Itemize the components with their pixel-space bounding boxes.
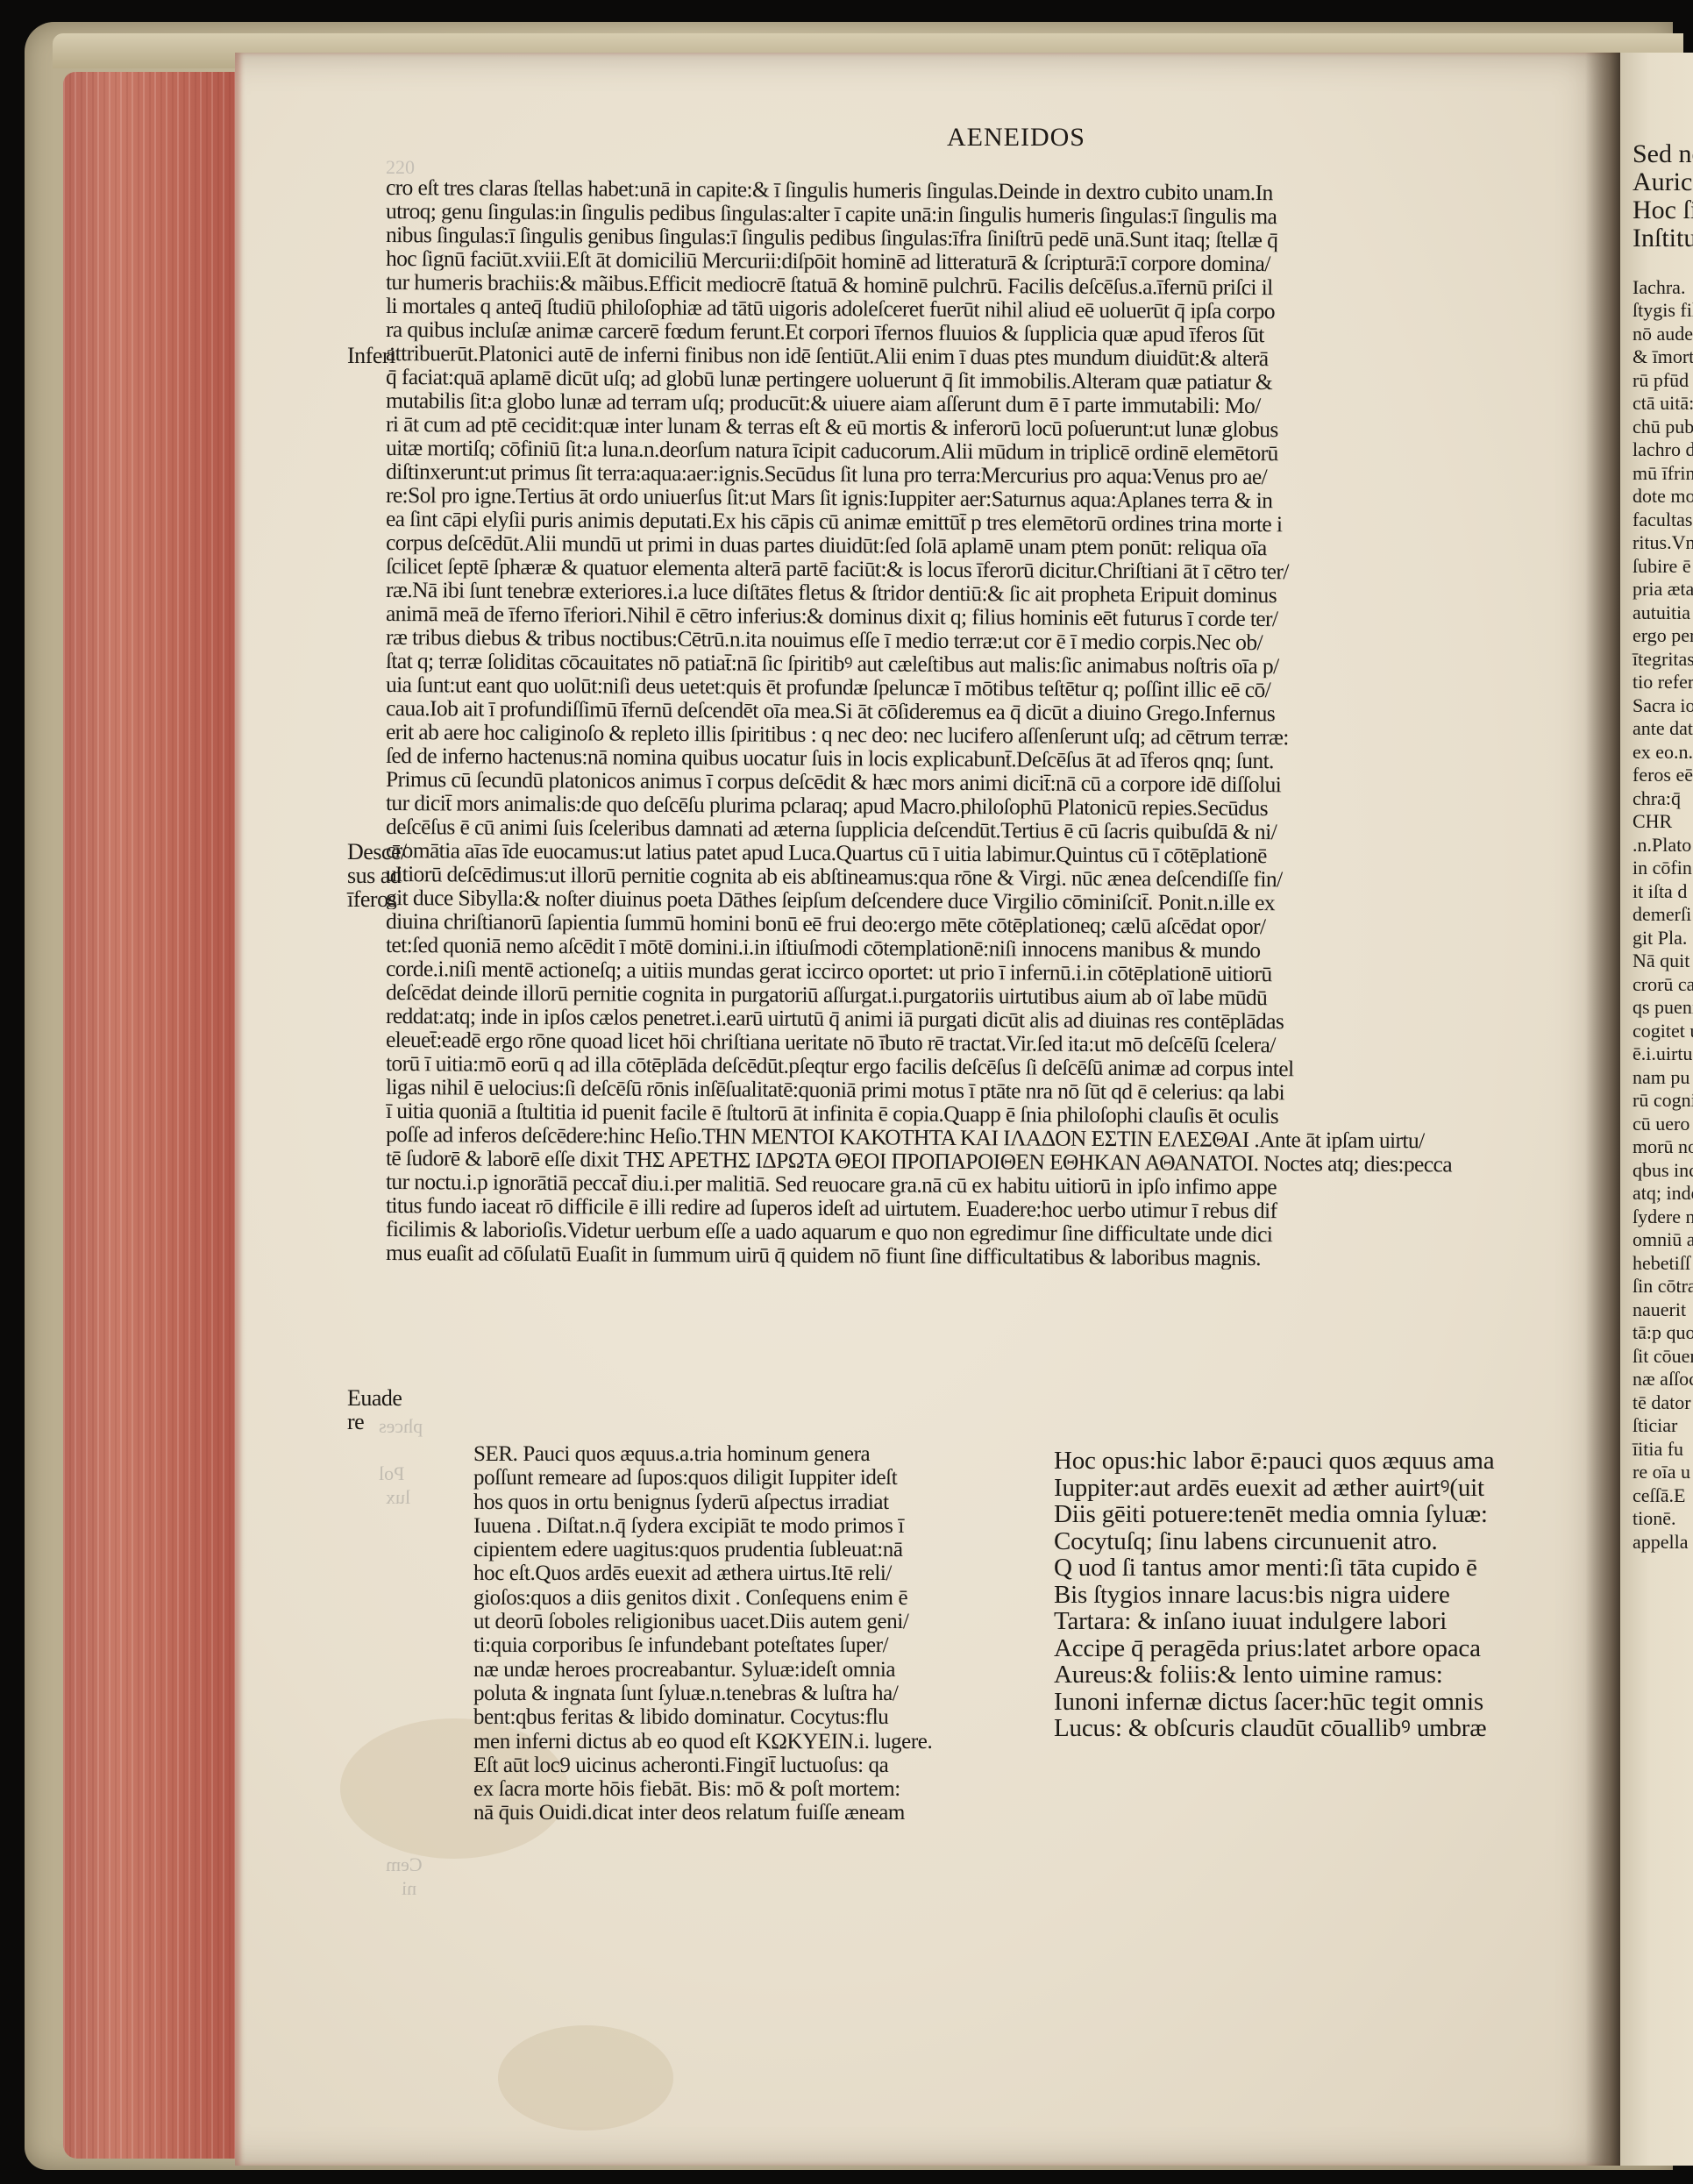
facing-page-line: hebetiſſ	[1633, 1252, 1693, 1276]
facing-page-line: .n.Plato	[1633, 834, 1693, 857]
verse-line: Accipe q̄ peragēda prius:latet arbore op…	[1054, 1635, 1580, 1662]
verse-line: Diis gēiti potuere:tenēt media omnia ſyl…	[1054, 1501, 1580, 1528]
facing-page-line: ritus.Vn	[1633, 531, 1693, 555]
facing-page-line: Inſtitu	[1633, 224, 1693, 253]
facing-page-line: ſtygis fil	[1633, 299, 1693, 323]
facing-page-line: demerſi	[1633, 903, 1693, 927]
facing-page-line: appella	[1633, 1531, 1693, 1554]
facing-page-line: ante dat	[1633, 717, 1693, 741]
servius-line: Eſt aūt loc9 uicinus acheronti.Fingit̄ l…	[473, 1754, 1052, 1777]
facing-page-line: dote mo	[1633, 485, 1693, 509]
facing-page-line	[1633, 253, 1693, 276]
facing-page-line: qs pueni	[1633, 996, 1693, 1020]
facing-page-line: re oīa u	[1633, 1461, 1693, 1484]
verse-line: Hoc opus:hic labor ē:pauci quos æquus am…	[1054, 1448, 1580, 1475]
show-through-note: Pol	[379, 1462, 404, 1485]
servius-line: næ undæ heroes procreabantur. Syluæ:ideſ…	[473, 1658, 1052, 1682]
facing-page-line: morū no	[1633, 1135, 1693, 1159]
facing-page-line: tā:p quo	[1633, 1321, 1693, 1345]
facing-page-line: ītegritas	[1633, 648, 1693, 672]
facing-page-line: crorū ca	[1633, 973, 1693, 997]
facing-page-line: lachro d	[1633, 438, 1693, 462]
aeneid-verse: Hoc opus:hic labor ē:pauci quos æquus am…	[1054, 1448, 1580, 1742]
show-through-note: ni	[402, 1877, 416, 1900]
verse-line: Iunoni infernæ dictus ſacer:hūc tegit om…	[1054, 1689, 1580, 1716]
paper-stain	[498, 2025, 673, 2131]
facing-page-line: ſubire ē	[1633, 555, 1693, 579]
facing-page-line: qbus inc	[1633, 1159, 1693, 1183]
facing-page-line: Iachra.	[1633, 276, 1693, 300]
facing-page-line: īitia fu	[1633, 1438, 1693, 1462]
margin-note: Euade	[347, 1386, 402, 1410]
facing-page-line: autuitia	[1633, 601, 1693, 625]
facing-page-text: Sed noAuricoHoc ſiInſtitu Iachra.ſtygis …	[1633, 140, 1693, 1554]
servius-commentary: SER. Pauci quos æquus.a.tria hominum gen…	[473, 1442, 1052, 1825]
facing-page-line: atq; inde	[1633, 1182, 1693, 1206]
facing-page-line: rū cogni	[1633, 1089, 1693, 1113]
verse-line: Lucus: & obſcuris claudūt cōuallibꝰ umbr…	[1054, 1715, 1580, 1742]
commentary-block: cro eſt tres claras ſtellas habet:unā in…	[386, 175, 1565, 1264]
verse-line: Bis ſtygios innare lacus:bis nigra uider…	[1054, 1582, 1580, 1609]
facing-page-line: ctā uitā:	[1633, 392, 1693, 416]
facing-page-line: ſit cōuer	[1633, 1345, 1693, 1369]
facing-page-line: ſin cōtra	[1633, 1275, 1693, 1298]
facing-page-line: chū pub	[1633, 416, 1693, 439]
servius-line: Iuuena . Diſtat.n.q̄ ſydera excipiāt te …	[473, 1514, 1052, 1538]
servius-line: gioſos:quos a diis genitos dixit . Conſe…	[473, 1586, 1052, 1610]
facing-page-line: nam pu	[1633, 1066, 1693, 1090]
facing-page-line: nauerit	[1633, 1298, 1693, 1322]
facing-page-line: cogitet u	[1633, 1020, 1693, 1043]
facing-page-line: feros eē	[1633, 764, 1693, 787]
verse-line: Tartara: & inſano iuuat indulgere labori	[1054, 1608, 1580, 1635]
margin-note: re	[347, 1410, 364, 1433]
facing-page-line: CHR	[1633, 810, 1693, 834]
facing-page-line: Aurico	[1633, 168, 1693, 196]
facing-page-line: Nā quit	[1633, 950, 1693, 973]
servius-line: ti:quia corporibus ſe infundebant poteſt…	[473, 1633, 1052, 1657]
servius-line: poluta & ingnata ſunt ſyluæ.n.tenebras &…	[473, 1682, 1052, 1705]
facing-page-line: cū uero	[1633, 1113, 1693, 1136]
facing-page-line: mū īfrin	[1633, 462, 1693, 486]
facing-page-line: in cōfin	[1633, 857, 1693, 880]
facing-page-line: & īmort	[1633, 345, 1693, 369]
verse-line: Q uod ſi tantus amor menti:ſi tāta cupid…	[1054, 1554, 1580, 1582]
show-through-note: phces	[379, 1415, 423, 1438]
facing-page-line: tio refera	[1633, 671, 1693, 694]
facing-page-line: ceſſā.E	[1633, 1484, 1693, 1508]
facing-page-line: næ aſſoc	[1633, 1368, 1693, 1391]
facing-page-line: ergo per	[1633, 624, 1693, 648]
show-through-note: lux	[386, 1486, 410, 1509]
running-head: AENEIDOS	[947, 123, 1085, 153]
servius-line: hoc eſt.Quos ardēs euexit ad æthera uirt…	[473, 1562, 1052, 1585]
facing-page-line: git Pla.	[1633, 927, 1693, 950]
facing-page-line: tionē.	[1633, 1507, 1693, 1531]
facing-page-line: ē.i.uirtu	[1633, 1042, 1693, 1066]
facing-page-line: ſydere n	[1633, 1206, 1693, 1229]
facing-page-line: omniū a	[1633, 1228, 1693, 1252]
servius-line: cipientem edere uagitus:quos prudentia ſ…	[473, 1538, 1052, 1562]
servius-line: poſſunt remeare ad ſupos:quos diligit Iu…	[473, 1466, 1052, 1490]
facing-page-line: Hoc ſi	[1633, 196, 1693, 224]
facing-page-line: Sed no	[1633, 140, 1693, 168]
facing-page-line: it iſta d	[1633, 880, 1693, 904]
servius-line: hos quos in ortu benignus ſyderū aſpectu…	[473, 1490, 1052, 1514]
servius-line: men inferni dictus ab eo quod eſt ΚΩΚΥΕΙ…	[473, 1730, 1052, 1754]
servius-line: ex ſacra morte hōis fiebāt. Bis: mō & po…	[473, 1777, 1052, 1801]
facing-page-line: nō audea	[1633, 323, 1693, 346]
facing-page-line: pria ætas	[1633, 578, 1693, 601]
show-through-note: Cem	[386, 1853, 423, 1876]
gutter-shadow	[1585, 53, 1620, 2166]
facing-page-line: rū pfūd	[1633, 369, 1693, 393]
red-fore-edge	[63, 72, 238, 2159]
facing-page-line: ex eo.n.	[1633, 741, 1693, 765]
facing-page-line: tē dator	[1633, 1391, 1693, 1415]
verse-line: Iuppiter:aut ardēs euexit ad æther auirt…	[1054, 1475, 1580, 1502]
servius-line: nā q̄uis Ouidi.dicat inter deos relatum …	[473, 1801, 1052, 1825]
servius-line: ut deorū ſoboles religionibus uacet.Diis…	[473, 1610, 1052, 1633]
facing-page-line: chra:q̄	[1633, 787, 1693, 811]
verse-line: Cocytuſq; ſinu labens circunuenit atro.	[1054, 1528, 1580, 1555]
facing-page-line: facultas	[1633, 509, 1693, 532]
servius-line: SER. Pauci quos æquus.a.tria hominum gen…	[473, 1442, 1052, 1466]
facing-page-line: Sacra iou	[1633, 694, 1693, 718]
verse-line: Aureus:& foliis:& lento uimine ramus:	[1054, 1661, 1580, 1689]
servius-line: bent:qbus feritas & libido dominatur. Co…	[473, 1705, 1052, 1729]
facing-page-line: ſticiar	[1633, 1414, 1693, 1438]
